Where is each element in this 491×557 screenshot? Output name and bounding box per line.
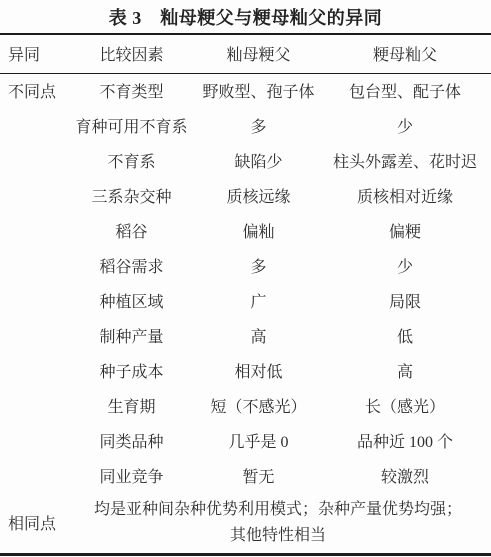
row-group-label [0,388,65,423]
table-cell: 较激烈 [319,458,491,493]
row-group-label [0,143,65,178]
table-cell: 稻谷需求 [65,248,198,283]
row-group-label [0,283,65,318]
table-cell: 偏粳 [319,213,491,248]
table-row: 种子成本相对低高 [0,353,491,388]
comparison-table: 异同 比较因素 籼母粳父 粳母籼父 不同点不育类型野败型、孢子体包台型、配子体育… [0,33,491,556]
table-cell: 偏籼 [198,213,319,248]
table-row: 不同点不育类型野败型、孢子体包台型、配子体 [0,73,491,108]
header-cell-factor: 比较因素 [65,34,198,73]
table-cell: 质核相对近缘 [319,178,491,213]
table-cell: 不育系 [65,143,198,178]
row-group-label [0,213,65,248]
row-group-label [0,248,65,283]
table-row: 稻谷需求多少 [0,248,491,283]
header-cell-japonica-mother: 粳母籼父 [319,34,491,73]
table-cell: 同类品种 [65,423,198,458]
row-group-label [0,318,65,353]
table-cell: 柱头外露差、花时迟 [319,143,491,178]
table-cell: 包台型、配子体 [319,73,491,108]
table-cell: 缺陷少 [198,143,319,178]
table-row: 同业竞争暂无较激烈 [0,458,491,493]
table-row: 制种产量高低 [0,318,491,353]
table-cell: 少 [319,108,491,143]
table-body: 不同点不育类型野败型、孢子体包台型、配子体育种可用不育系多少不育系缺陷少柱头外露… [0,73,491,554]
header-row: 异同 比较因素 籼母粳父 粳母籼父 [0,34,491,73]
row-group-label: 不同点 [0,73,65,108]
paper-table-page: 表 3 籼母粳父与粳母籼父的异同 异同 比较因素 籼母粳父 粳母籼父 不同点不育… [0,0,491,557]
table-row: 稻谷偏籼偏粳 [0,213,491,248]
table-cell: 高 [198,318,319,353]
table-cell: 暂无 [198,458,319,493]
table-cell: 低 [319,318,491,353]
same-points-line-2: 其他特性相当 [65,523,491,549]
table-row: 不育系缺陷少柱头外露差、花时迟 [0,143,491,178]
table-cell: 相对低 [198,353,319,388]
table-cell: 长（感光） [319,388,491,423]
table-row: 三系杂交种质核远缘质核相对近缘 [0,178,491,213]
table-cell: 少 [319,248,491,283]
table-row: 种植区域广局限 [0,283,491,318]
table-title: 表 3 籼母粳父与粳母籼父的异同 [0,0,491,33]
table-header: 异同 比较因素 籼母粳父 粳母籼父 [0,34,491,73]
table-cell: 野败型、孢子体 [198,73,319,108]
table-cell: 稻谷 [65,213,198,248]
header-cell-difference: 异同 [0,34,65,73]
table-cell: 育种可用不育系 [65,108,198,143]
table-row: 生育期短（不感光）长（感光） [0,388,491,423]
table-cell: 局限 [319,283,491,318]
table-cell: 质核远缘 [198,178,319,213]
table-cell: 多 [198,248,319,283]
table-cell: 种植区域 [65,283,198,318]
same-points-row: 相同点 均是亚种间杂种优势利用模式；杂种产量优势均强； 其他特性相当 [0,493,491,554]
row-group-label [0,178,65,213]
table-cell: 不育类型 [65,73,198,108]
row-group-label [0,423,65,458]
table-cell: 三系杂交种 [65,178,198,213]
table-cell: 广 [198,283,319,318]
table-cell: 高 [319,353,491,388]
table-row: 育种可用不育系多少 [0,108,491,143]
same-points-content: 均是亚种间杂种优势利用模式；杂种产量优势均强； 其他特性相当 [65,493,491,554]
table-cell: 种子成本 [65,353,198,388]
table-cell: 多 [198,108,319,143]
same-points-line-1: 均是亚种间杂种优势利用模式；杂种产量优势均强； [65,497,491,523]
table-cell: 品种近 100 个 [319,423,491,458]
table-cell: 制种产量 [65,318,198,353]
table-cell: 同业竞争 [65,458,198,493]
table-row: 同类品种几乎是 0品种近 100 个 [0,423,491,458]
table-cell: 短（不感光） [198,388,319,423]
row-group-label [0,458,65,493]
row-group-label: 相同点 [0,493,65,554]
row-group-label [0,353,65,388]
table-cell: 生育期 [65,388,198,423]
header-cell-indica-mother: 籼母粳父 [198,34,319,73]
row-group-label [0,108,65,143]
table-cell: 几乎是 0 [198,423,319,458]
